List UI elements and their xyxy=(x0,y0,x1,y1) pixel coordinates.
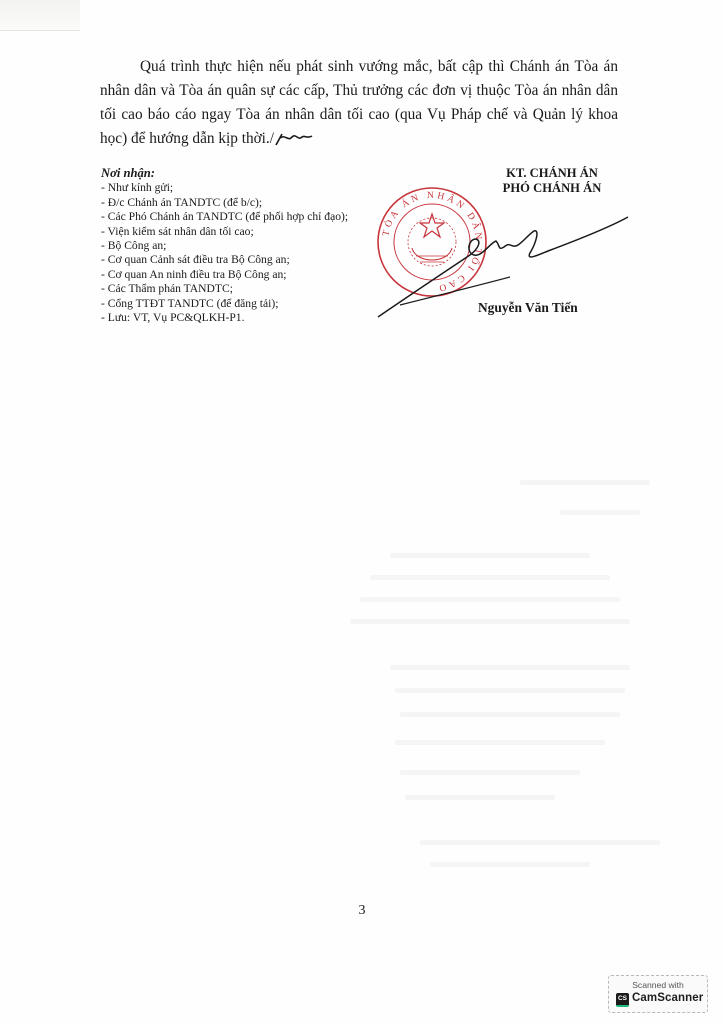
watermark-caption: Scanned with xyxy=(609,980,707,990)
recipient-item: - Các Phó Chánh án TANDTC (để phối hợp c… xyxy=(101,210,348,224)
recipient-item: - Đ/c Chánh án TANDTC (để b/c); xyxy=(101,196,348,210)
recipient-item: - Viện kiểm sát nhân dân tối cao; xyxy=(101,225,348,239)
camscanner-watermark: Scanned with CS CamScanner xyxy=(608,975,708,1013)
page-number: 3 xyxy=(0,903,724,919)
recipients-title: Nơi nhận: xyxy=(101,166,348,180)
recipient-item: - Cơ quan Cảnh sát điều tra Bộ Công an; xyxy=(101,253,348,267)
page-fold-shadow xyxy=(0,0,80,31)
watermark-brand: CamScanner xyxy=(632,992,703,1004)
closing-paragraph-text: Quá trình thực hiện nếu phát sinh vướng … xyxy=(100,58,618,147)
recipient-item: - Bộ Công an; xyxy=(101,239,348,253)
signature-title-line1: KT. CHÁNH ÁN xyxy=(452,166,652,181)
signer-name: Nguyễn Văn Tiến xyxy=(478,300,578,316)
recipient-item: - Cổng TTĐT TANDTC (để đăng tải); xyxy=(101,297,348,311)
camscanner-logo-icon: CS xyxy=(616,993,629,1007)
scanned-page: Quá trình thực hiện nếu phát sinh vướng … xyxy=(0,0,724,1024)
recipient-item: - Cơ quan An ninh điều tra Bộ Công an; xyxy=(101,268,348,282)
recipient-item: - Lưu: VT, Vụ PC&QLKH-P1. xyxy=(101,311,348,325)
recipient-item: - Các Thẩm phán TANDTC; xyxy=(101,282,348,296)
closing-paragraph: Quá trình thực hiện nếu phát sinh vướng … xyxy=(100,55,618,151)
recipient-item: - Như kính gửi; xyxy=(101,181,348,195)
recipients-list: Nơi nhận: - Như kính gửi; - Đ/c Chánh án… xyxy=(101,166,348,325)
initials-mark-icon xyxy=(274,132,314,146)
